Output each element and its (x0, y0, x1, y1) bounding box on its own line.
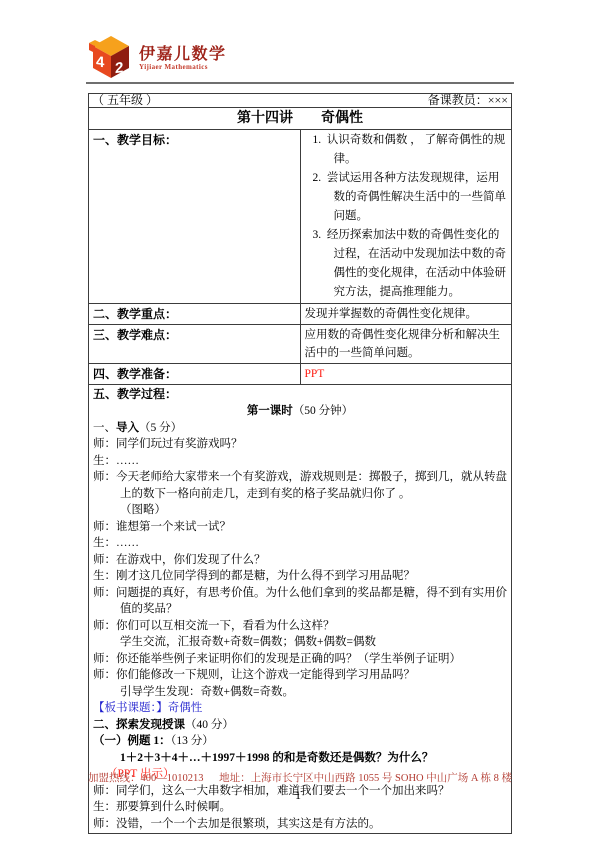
lesson-line-segment: 【板书课题：】奇偶性 (93, 702, 202, 714)
document-page: 4 2 伊嘉儿数学 Yijiaer Mathematics （ 五年级 ） 备课… (0, 0, 596, 842)
lesson-line: 师：问题提的真好，有思考价值。为什么他们拿到的奖品都是糖，得不到有实用价值的奖品… (93, 585, 507, 618)
cube-logo-icon: 4 2 (88, 35, 134, 82)
lesson-content: 第一课时（50 分钟）一、导入（5 分）师：同学们玩过有奖游戏吗？生：……师：今… (93, 403, 507, 832)
lesson-line-segment: 师：你们可以互相交流一下，看看为什么这样？ (93, 620, 335, 632)
goal-item: 2. 尝试运用各种方法发现规律，运用数的奇偶性解决生活中的一些简单问题。 (313, 169, 508, 226)
lesson-line-segment: 师：同学们玩过有奖游戏吗？ (93, 438, 243, 450)
address-text: 地址：上海市长宁区中山西路 1055 号 SOHO 中山广场 A 栋 8 楼 (219, 772, 512, 785)
difficulty-row: 三、教学难点： 应用数的奇偶性变化规律分析和解决生活中的一些简单问题。 (89, 325, 512, 364)
key-point-label: 二、教学重点： (89, 304, 301, 325)
lesson-line: 生：…… (93, 453, 507, 470)
lesson-line: 引导学生发现：奇数+偶数=奇数。 (93, 684, 507, 701)
lesson-line-segment: （40 分） (185, 719, 234, 731)
difficulty-content: 应用数的奇偶性变化规律分析和解决生活中的一些简单问题。 (300, 325, 512, 364)
lecture-title: 第十四讲 奇偶性 (89, 108, 512, 130)
teacher-label: 备课教员：××× (428, 94, 508, 107)
lesson-line: 1＋2＋3＋4＋…＋1997＋1998 的和是奇数还是偶数？为什么？ (93, 750, 507, 767)
lesson-line-segment: 1＋2＋3＋4＋…＋1997＋1998 的和是奇数还是偶数？为什么？ (120, 752, 433, 764)
lesson-line-segment: 师：谁想第一个来试一试？ (93, 521, 231, 533)
goals-list: 1. 认识奇数和偶数 ， 了解奇偶性的规律。2. 尝试运用各种方法发现规律，运用… (305, 131, 508, 302)
table-header-row: （ 五年级 ） 备课教员：××× (89, 94, 512, 108)
lesson-line-segment: 师：在游戏中，你们发现了什么？ (93, 554, 266, 566)
process-label: 五、教学过程： (93, 386, 507, 403)
goals-label: 一、教学目标： (89, 130, 301, 304)
lesson-line-segment: 一、 (93, 422, 116, 434)
lesson-line: （一）例题 1：（13 分） (93, 733, 507, 750)
lesson-line-segment: 引导学生发现：奇数+偶数=奇数。 (120, 686, 294, 698)
logo-title: 伊嘉儿数学 (139, 46, 227, 63)
lesson-line: 生：…… (93, 535, 507, 552)
lecture-title-row: 第十四讲 奇偶性 (89, 108, 512, 130)
lesson-line: 师：今天老师给大家带来一个有奖游戏，游戏规则是：掷骰子，掷到几，就从转盘上的数下… (93, 469, 507, 502)
svg-text:2: 2 (115, 59, 123, 77)
lesson-line-segment: （50 分钟） (293, 405, 353, 417)
page-number: 1 (0, 788, 596, 803)
lesson-line: 一、导入（5 分） (93, 420, 507, 437)
lesson-line-segment: 师：问题提的真好，有思考价值。为什么他们拿到的奖品都是糖，得不到有实用价值的奖品… (93, 587, 507, 616)
lesson-line: 【板书课题：】奇偶性 (93, 700, 507, 717)
lesson-line-segment: （图略） (120, 504, 166, 516)
hotline-text: 加盟热线：400—1010213 (88, 772, 204, 785)
lesson-line: 师：没错，一个一个去加是很繁琐，其实这是有方法的。 (93, 816, 507, 833)
lesson-line: 学生交流，汇报奇数+奇数=偶数；偶数+偶数=偶数 (93, 634, 507, 651)
svg-text:4: 4 (96, 53, 105, 71)
lesson-line-segment: 生：…… (93, 537, 139, 549)
lesson-line-segment: 学生交流，汇报奇数+奇数=偶数；偶数+偶数=偶数 (120, 636, 376, 648)
lesson-line: 第一课时（50 分钟） (93, 403, 507, 420)
lesson-line-segment: 二、探索发现授课 (93, 719, 185, 731)
grade-label: （ 五年级 ） (92, 94, 158, 107)
lesson-line: 师：同学们玩过有奖游戏吗？ (93, 436, 507, 453)
lesson-line-segment: （5 分） (139, 422, 182, 434)
lesson-line: 二、探索发现授课（40 分） (93, 717, 507, 734)
lesson-line: （图略） (93, 502, 507, 519)
difficulty-label: 三、教学难点： (89, 325, 301, 364)
lesson-line-segment: 师：你们能修改一下规则，让这个游戏一定能得到学习用品吗？ (93, 669, 415, 681)
footer: 加盟热线：400—1010213 地址：上海市长宁区中山西路 1055 号 SO… (88, 772, 512, 785)
lesson-line-segment: 师：没错，一个一个去加是很繁琐，其实这是有方法的。 (93, 818, 381, 830)
lesson-line-segment: 师：你还能举些例子来证明你们的发现是正确的吗？（学生举例子证明） (93, 653, 461, 665)
lesson-plan-table: （ 五年级 ） 备课教员：××× 第十四讲 奇偶性 一、教学目标： 1. 认识奇… (88, 93, 512, 834)
logo-text: 伊嘉儿数学 Yijiaer Mathematics (139, 46, 227, 71)
lesson-line-segment: 师：今天老师给大家带来一个有奖游戏，游戏规则是：掷骰子，掷到几，就从转盘上的数下… (93, 471, 507, 500)
lesson-line-segment: 第一课时 (247, 405, 293, 417)
lesson-line-segment: （一）例题 1： (93, 735, 171, 747)
goal-item: 3. 经历探索加法中数的奇偶性变化的过程，在活动中发现加法中数的奇偶性的变化规律… (313, 226, 508, 302)
goal-item: 1. 认识奇数和偶数 ， 了解奇偶性的规律。 (313, 131, 508, 169)
lesson-line: 师：你还能举些例子来证明你们的发现是正确的吗？（学生举例子证明） (93, 651, 507, 668)
preparation-label: 四、教学准备： (89, 364, 301, 385)
lesson-line-segment: 生：刚才这几位同学得到的都是糖，为什么得不到学习用品呢？ (93, 570, 415, 582)
goals-row: 一、教学目标： 1. 认识奇数和偶数 ， 了解奇偶性的规律。2. 尝试运用各种方… (89, 130, 512, 304)
key-point-row: 二、教学重点： 发现并掌握数的奇偶性变化规律。 (89, 304, 512, 325)
lesson-line: 师：在游戏中，你们发现了什么？ (93, 552, 507, 569)
lesson-line-segment: 导入 (116, 422, 139, 434)
key-point-content: 发现并掌握数的奇偶性变化规律。 (300, 304, 512, 325)
header-rule (86, 82, 514, 84)
lesson-line: 师：你们可以互相交流一下，看看为什么这样？ (93, 618, 507, 635)
preparation-content: PPT (300, 364, 512, 385)
lesson-line: 生：刚才这几位同学得到的都是糖，为什么得不到学习用品呢？ (93, 568, 507, 585)
process-row: 五、教学过程： 第一课时（50 分钟）一、导入（5 分）师：同学们玩过有奖游戏吗… (89, 385, 512, 834)
lesson-line-segment: 生：…… (93, 455, 139, 467)
preparation-row: 四、教学准备： PPT (89, 364, 512, 385)
logo: 4 2 伊嘉儿数学 Yijiaer Mathematics (88, 35, 227, 82)
logo-subtitle: Yijiaer Mathematics (139, 63, 227, 71)
lesson-line: 师：你们能修改一下规则，让这个游戏一定能得到学习用品吗？ (93, 667, 507, 684)
lesson-line-segment: （13 分） (171, 735, 214, 747)
lesson-line: 师：谁想第一个来试一试？ (93, 519, 507, 536)
